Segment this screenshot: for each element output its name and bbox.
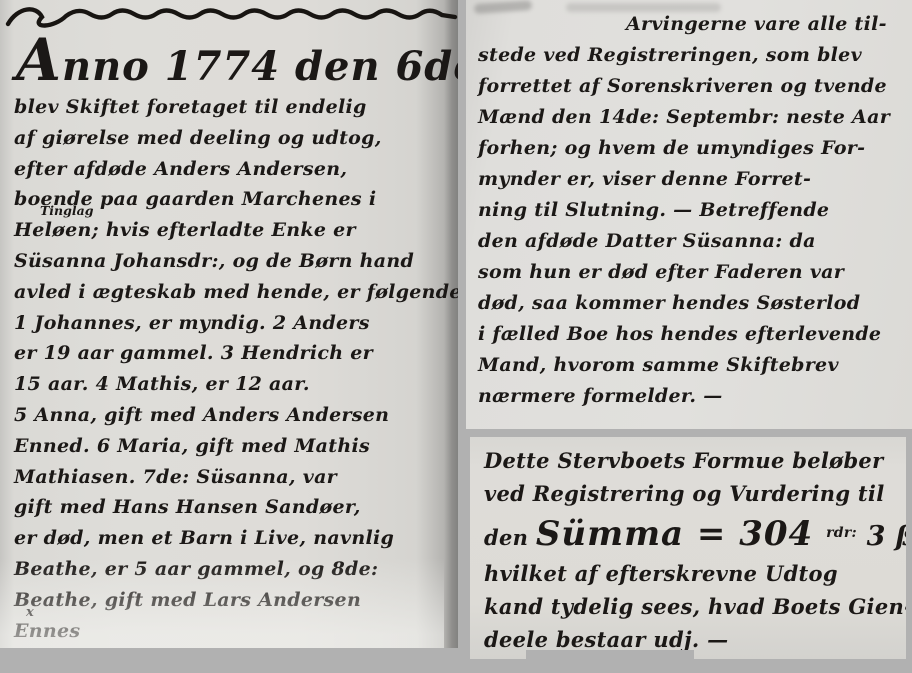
manuscript-line: 5 Anna, gift med Anders Andersen: [14, 400, 450, 431]
manuscript-line: Dette Stervboets Formue beløber: [484, 444, 898, 477]
right-bottom-page-scan: Dette Stervboets Formue beløber ved Regi…: [470, 437, 906, 659]
manuscript-line: efter afdøde Anders Andersen,: [14, 154, 450, 185]
manuscript-line: som hun er død efter Faderen var: [478, 257, 906, 288]
manuscript-line: af giørelse med deeling og udtog,: [14, 123, 450, 154]
scanned-document-collage: { "colors": { "paper": "#dedcd8", "ink":…: [0, 0, 912, 673]
manuscript-line: Mænd den 14de: Septembr: neste Aar: [478, 102, 906, 133]
left-page-scan: Anno 1774 den 6de: Aprilÿ blev Skiftet f…: [0, 0, 458, 648]
manuscript-line-with-insertion: Tinglag Heløen; hvis efterladte Enke er: [14, 215, 450, 246]
manuscript-line-with-mark: x Ennes: [14, 616, 450, 647]
manuscript-line: stede ved Registreringen, som blev: [478, 40, 906, 71]
rigsdaler-unit: rdr:: [826, 525, 857, 541]
skilling-amount: 3 ß,: [857, 521, 906, 552]
right-top-text-block: Arvingerne vare alle til- stede ved Regi…: [478, 9, 906, 412]
manuscript-line: er død, men et Barn i Live, navnlig: [14, 523, 450, 554]
manuscript-line: 15 aar. 4 Mathis, er 12 aar.: [14, 369, 450, 400]
manuscript-line: gift med Hans Hansen Sandøer,: [14, 492, 450, 523]
manuscript-line: Arvingerne vare alle til-: [478, 9, 906, 40]
manuscript-line: den afdøde Datter Süsanna: da: [478, 226, 906, 257]
right-bottom-text-block: Dette Stervboets Formue beløber ved Regi…: [484, 444, 898, 656]
manuscript-line: mynder er, viser denne Forret-: [478, 164, 906, 195]
manuscript-line: 1 Johannes, er myndig. 2 Anders: [14, 308, 450, 339]
manuscript-line: Enned. 6 Maria, gift med Mathis: [14, 431, 450, 462]
manuscript-line: i fælled Boe hos hendes efterlevende: [478, 319, 906, 350]
manuscript-line: forhen; og hvem de umyndiges For-: [478, 133, 906, 164]
manuscript-line: er 19 aar gammel. 3 Hendrich er: [14, 338, 450, 369]
manuscript-line: forrettet af Sorenskriveren og tvende: [478, 71, 906, 102]
summa-prefix: den: [484, 525, 536, 550]
left-page-text-block: blev Skiftet foretaget til endelig af gi…: [14, 92, 450, 646]
manuscript-line: avled i ægteskab med hende, er følgende:: [14, 277, 450, 308]
manuscript-line: ning til Slutning. — Betreffende: [478, 195, 906, 226]
summa-amount: Sümma = 304: [536, 514, 826, 554]
manuscript-line: ved Registrering og Vurdering til: [484, 477, 898, 510]
manuscript-line: kand tydelig sees, hvad Boets Gien-: [484, 590, 898, 623]
manuscript-line: Süsanna Johansdr:, og de Børn hand: [14, 246, 450, 277]
manuscript-line: Beathe, gift med Lars Andersen: [14, 585, 450, 616]
right-top-page-scan: Arvingerne vare alle til- stede ved Regi…: [466, 0, 912, 429]
manuscript-line: Mathiasen. 7de: Süsanna, var: [14, 462, 450, 493]
summa-total-line: den Sümma = 304 rdr: 3 ß,: [484, 510, 898, 557]
manuscript-line-text: Ennes: [14, 620, 80, 642]
interlinear-insertion: Tinglag: [40, 205, 93, 217]
manuscript-line-text: Heløen; hvis efterladte Enke er: [14, 219, 356, 241]
manuscript-line: Beathe, er 5 aar gammel, og 8de:: [14, 554, 450, 585]
manuscript-line: blev Skiftet foretaget til endelig: [14, 92, 450, 123]
manuscript-line: Mand, hvorom samme Skiftebrev: [478, 350, 906, 381]
reference-x-mark: x: [26, 607, 34, 619]
manuscript-line: død, saa kommer hendes Søsterlod: [478, 288, 906, 319]
page-heading-anno-1774: Anno 1774 den 6de: Aprilÿ: [16, 26, 446, 94]
scan-edge-artifact: [526, 650, 694, 659]
manuscript-line: hvilket af efterskrevne Udtog: [484, 557, 898, 590]
manuscript-line: nærmere formelder. —: [478, 381, 906, 412]
